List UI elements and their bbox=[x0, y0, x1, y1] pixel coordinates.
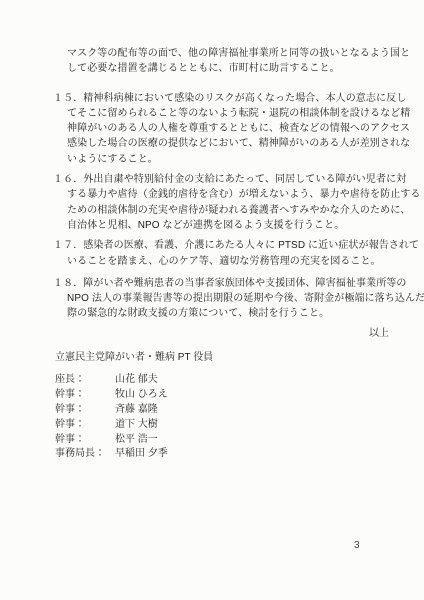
text-line: てそこに留められること等のないよう転院・退院の相談体制を設けるなど精 bbox=[53, 106, 395, 121]
paragraphs-container: マスク等の配布等の面で、他の障害福祉事業所と同等の扱いとなるよう国として必要な措… bbox=[53, 46, 395, 322]
text-line: いようにすること。 bbox=[53, 152, 395, 167]
text-line: 神障がいのある人の人権を尊重するとともに、検査などの情報へのアクセス bbox=[53, 121, 395, 136]
text-line: NPO 法人の事業報告書等の提出期限の延期や今後、寄附金が極端に落ち込んだ bbox=[53, 291, 395, 306]
member-name: 松平 浩一 bbox=[115, 433, 158, 448]
text-line: １７．感染者の医療、看護、介護にあたる人々に PTSD に近い症状が報告されて bbox=[53, 238, 395, 253]
text-line: マスク等の配布等の面で、他の障害福祉事業所と同等の扱いとなるよう国と bbox=[53, 46, 395, 61]
text-line: １８．障がい者や難病患者の当事者家族団体や支援団体、障害福祉事業所等の bbox=[53, 276, 395, 291]
text-line: ための相談体制の充実や虐待が疑われる養護者へすみやかな介入のために、 bbox=[53, 203, 395, 218]
paragraph-14-continuation: マスク等の配布等の面で、他の障害福祉事業所と同等の扱いとなるよう国として必要な措… bbox=[53, 46, 395, 77]
text-line: 際の緊急的な財政支援の方策について、検討を行うこと。 bbox=[53, 306, 395, 321]
member-role: 事務局長： bbox=[55, 447, 115, 462]
text-line: する暴力や虐待（金銭的虐待を含む）が増えないよう、暴力や虐待を防止する bbox=[53, 187, 395, 202]
text-line: １５．精神科病棟において感染のリスクが高くなった場合、本人の意志に反し bbox=[53, 91, 395, 106]
document-body: マスク等の配布等の面で、他の障害福祉事業所と同等の扱いとなるよう国として必要な措… bbox=[53, 46, 395, 462]
member-row: 幹事：道下 大樹 bbox=[55, 418, 395, 433]
document-page: マスク等の配布等の面で、他の障害福祉事業所と同等の扱いとなるよう国として必要な措… bbox=[0, 0, 424, 600]
text-line: １６．外出自粛や特別給付金の支給にあたって、同居している障がい児者に対 bbox=[53, 172, 395, 187]
member-row: 幹事：斉藤 嘉隆 bbox=[55, 403, 395, 418]
member-name: 山花 郁夫 bbox=[115, 373, 158, 388]
member-name: 道下 大樹 bbox=[115, 418, 158, 433]
member-row: 幹事：牧山 ひろえ bbox=[55, 388, 395, 403]
member-role: 幹事： bbox=[55, 418, 115, 433]
member-role: 幹事： bbox=[55, 433, 115, 448]
member-name: 斉藤 嘉隆 bbox=[115, 403, 158, 418]
item-16: １６．外出自粛や特別給付金の支給にあたって、同居している障がい児者に対する暴力や… bbox=[53, 172, 395, 233]
item-17: １７．感染者の医療、看護、介護にあたる人々に PTSD に近い症状が報告されてい… bbox=[53, 238, 395, 269]
text-line: して必要な措置を講じるとともに、市町村に助言すること。 bbox=[53, 61, 395, 76]
text-line: 感染した場合の医療の提供などにおいて、精神障がいのある人が差別されな bbox=[53, 136, 395, 151]
page-number: 3 bbox=[354, 538, 360, 553]
text-line: いることを踏まえ、心のケア等、適切な労務管理の充実を図ること。 bbox=[53, 254, 395, 269]
member-role: 座長： bbox=[55, 373, 115, 388]
member-row: 座長：山花 郁夫 bbox=[55, 373, 395, 388]
committee-title: 立憲民主党障がい者・難病 PT 役員 bbox=[53, 350, 395, 365]
item-15: １５．精神科病棟において感染のリスクが高くなった場合、本人の意志に反してそこに留… bbox=[53, 91, 395, 167]
member-name: 早稲田 夕季 bbox=[115, 447, 168, 462]
members-list: 座長：山花 郁夫幹事：牧山 ひろえ幹事：斉藤 嘉隆幹事：道下 大樹幹事：松平 浩… bbox=[53, 373, 395, 462]
member-row: 事務局長：早稲田 夕季 bbox=[55, 447, 395, 462]
item-18: １８．障がい者や難病患者の当事者家族団体や支援団体、障害福祉事業所等のNPO 法… bbox=[53, 276, 395, 322]
member-name: 牧山 ひろえ bbox=[115, 388, 168, 403]
closing-statement: 以上 bbox=[53, 326, 395, 341]
member-role: 幹事： bbox=[55, 388, 115, 403]
member-role: 幹事： bbox=[55, 403, 115, 418]
text-line: 自治体と児相、NPO などが連携を図るよう支援を行うこと。 bbox=[53, 218, 395, 233]
member-row: 幹事：松平 浩一 bbox=[55, 433, 395, 448]
